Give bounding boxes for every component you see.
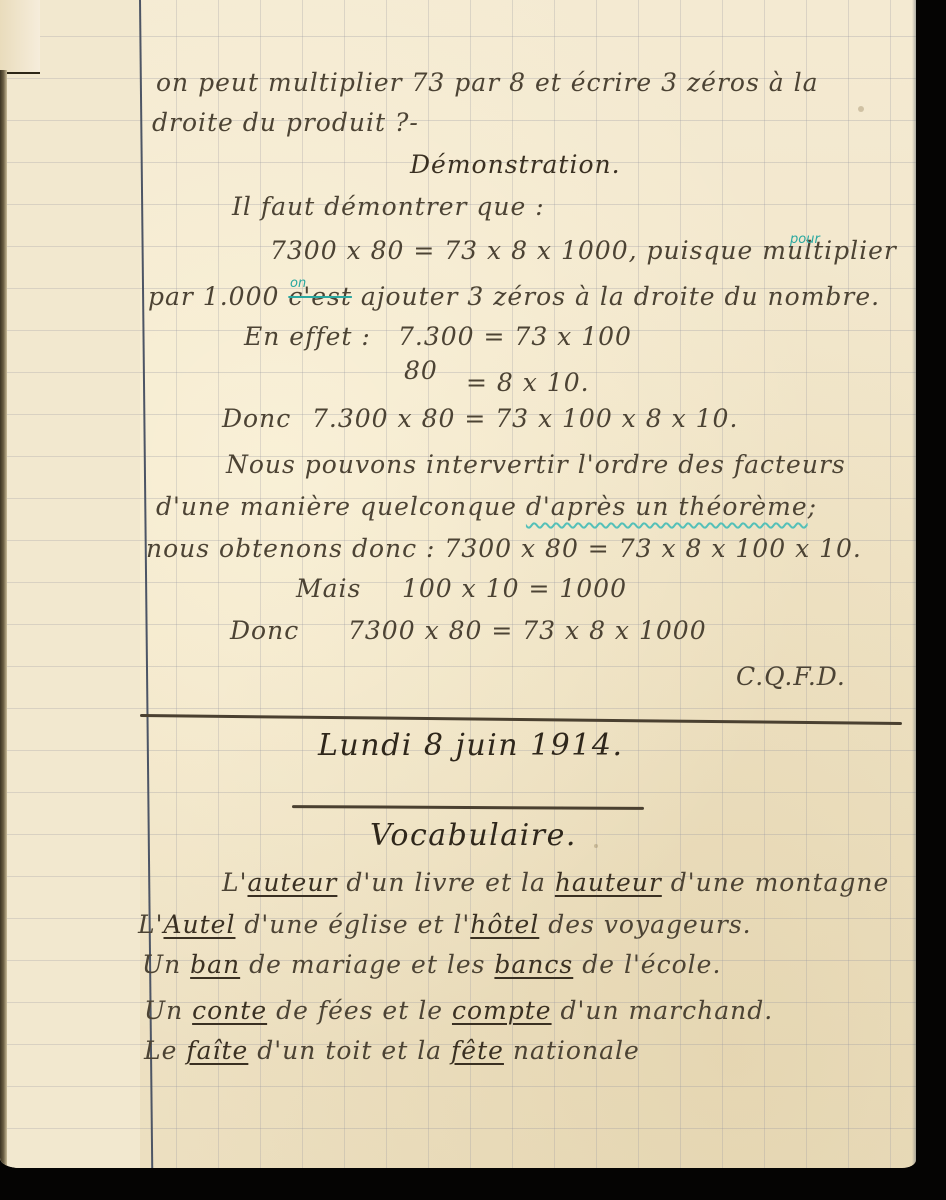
vocab-word-bancs: bancs [494, 950, 573, 979]
vocab-word-hotel: hôtel [470, 910, 539, 939]
vocab-word-faite: faîte [186, 1036, 248, 1065]
vocab-word-conte: conte [192, 996, 267, 1025]
date-heading: Lundi 8 juin 1914. [318, 728, 623, 763]
demo-zeros: 3 zéros à la droite du nombre. [467, 282, 880, 311]
vocabulary-heading: Vocabulaire. [370, 818, 577, 853]
demo-equation: 7300 x 80 = 73 x 8 x 1000 [270, 236, 629, 265]
vocab-text: de fées et le [267, 996, 452, 1025]
demonstration-heading: Démonstration. [410, 150, 621, 179]
mais-eq: 100 x 10 = 1000 [402, 574, 627, 603]
theorem-quelconque: d'une manière quelconque [156, 492, 517, 521]
vocab-text: de l'école. [573, 950, 721, 979]
vocab-text: des voyageurs. [539, 910, 751, 939]
cqfd: C.Q.F.D. [736, 662, 846, 691]
vocab-text: d'un marchand. [552, 996, 774, 1025]
vocab-text: de mariage et les [240, 950, 494, 979]
notebook-binding [0, 70, 7, 1168]
vocab-word-autel: Autel [163, 910, 235, 939]
vocab-text: d'un toit et la [248, 1036, 451, 1065]
donc-2-label: Donc [230, 616, 299, 645]
ink-spot [594, 844, 598, 848]
vocab-text: L' [222, 868, 247, 897]
vocab-text: L' [138, 910, 163, 939]
donc-1-label: Donc [222, 404, 291, 433]
demo-par-1000: par 1.000 [148, 282, 279, 311]
vocab-line-4: Un conte de fées et le compte d'un march… [144, 996, 773, 1025]
theorem-line-2: d'une manière quelconque d'après un théo… [156, 492, 817, 521]
torn-binding-top [0, 0, 40, 74]
vocab-line-2: L'Autel d'une église et l'hôtel des voya… [138, 910, 752, 939]
vocab-word-auteur: auteur [247, 868, 337, 897]
vocab-line-5: Le faîte d'un toit et la fête nationale [144, 1036, 640, 1065]
vocab-text: Le [144, 1036, 186, 1065]
vocab-word-compte: compte [452, 996, 552, 1025]
theorem-line-3: nous obtenons donc : 7300 x 80 = 73 x 8 … [146, 534, 862, 563]
vocab-line-3: Un ban de mariage et les bancs de l'écol… [142, 950, 721, 979]
notebook-page: on peut multiplier 73 par 8 et écrire 3 … [0, 0, 916, 1168]
demo-line-3: par 1.000 c'est ajouter 3 zéros à la dro… [148, 282, 880, 311]
ink-spot [858, 106, 864, 112]
vocab-text: d'une église et l' [235, 910, 470, 939]
vocab-text: d'une montagne [662, 868, 889, 897]
teacher-correction-pour: pour [790, 232, 820, 247]
mais-label: Mais [296, 574, 361, 603]
theorem-line-1: Nous pouvons intervertir l'ordre des fac… [226, 450, 846, 479]
vocab-text: nationale [504, 1036, 640, 1065]
theorem-semicolon: ; [808, 492, 817, 521]
teacher-correction-on: on [290, 276, 306, 291]
vocab-word-ban: ban [190, 950, 240, 979]
donc-2-eq: 7300 x 80 = 73 x 8 x 1000 [348, 616, 707, 645]
vocab-text: Un [142, 950, 190, 979]
vocab-word-hauteur: hauteur [555, 868, 662, 897]
demo-puisque: , puisque [629, 236, 754, 265]
en-effet-label: En effet : [244, 322, 371, 351]
demo-ajouter: ajouter [361, 282, 459, 311]
en-effet-eq-2-right: = 8 x 10. [466, 368, 590, 397]
demo-line-1: Il faut démontrer que : [232, 192, 545, 221]
en-effet-eq-1: 7.300 = 73 x 100 [398, 322, 632, 351]
vocab-text: d'un livre et la [337, 868, 554, 897]
vocab-text: Un [144, 996, 192, 1025]
vocab-line-1: L'auteur d'un livre et la hauteur d'une … [222, 868, 889, 897]
left-margin-area [0, 0, 140, 1168]
vocab-word-fete: fête [451, 1036, 504, 1065]
donc-1-eq: 7.300 x 80 = 73 x 100 x 8 x 10. [312, 404, 738, 433]
question-line-1: on peut multiplier 73 par 8 et écrire 3 … [156, 68, 819, 97]
en-effet-eq-2-left: 80 [404, 356, 438, 385]
theorem-reference: d'après un théorème [526, 492, 808, 521]
page-right-edge [912, 0, 916, 1168]
question-line-2: droite du produit ?- [152, 108, 419, 137]
demo-multiplier: multiplier [762, 236, 897, 265]
